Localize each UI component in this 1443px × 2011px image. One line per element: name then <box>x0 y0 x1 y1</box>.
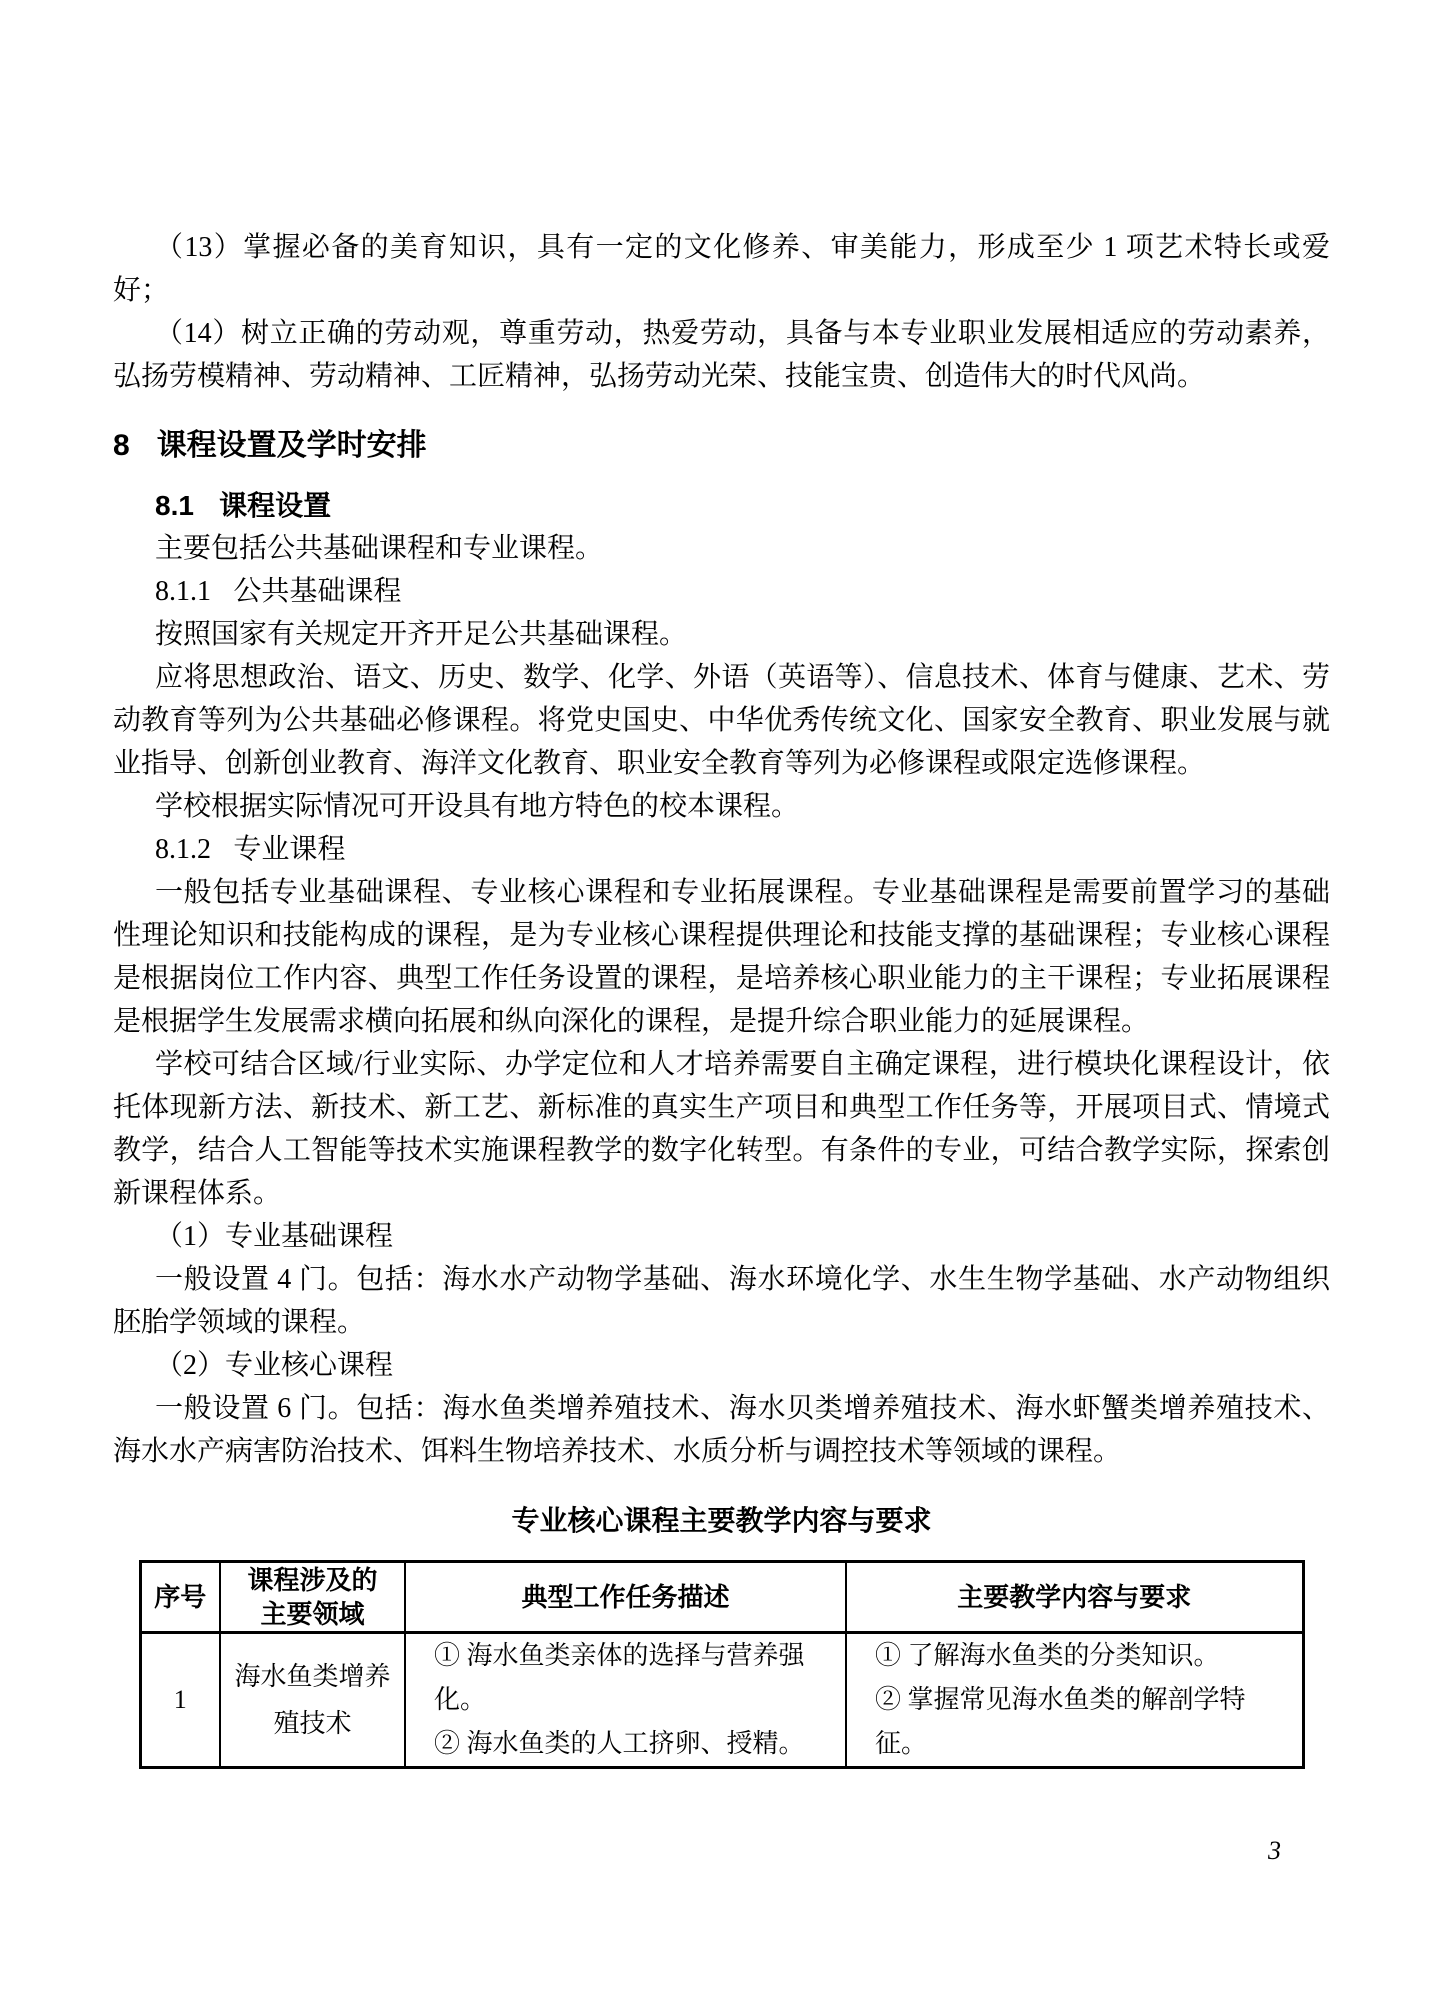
core-table-title: 专业核心课程主要教学内容与要求 <box>113 1499 1330 1542</box>
text-block: （13）掌握必备的美育知识，具有一定的文化修养、审美能力，形成至少 1 项艺术特… <box>113 226 1330 1769</box>
paragraph-8-1-1-rule: 按照国家有关规定开齐开足公共基础课程。 <box>113 613 1330 656</box>
page-number: 3 <box>1268 1836 1281 1866</box>
paragraph-13: （13）掌握必备的美育知识，具有一定的文化修养、审美能力，形成至少 1 项艺术特… <box>113 226 1330 312</box>
section-8-1-1-number: 8.1.1 <box>155 576 211 607</box>
row-index: 1 <box>140 1633 220 1768</box>
section-8-1-2-title: 专业课程 <box>233 834 345 865</box>
core-courses-table: 序号 课程涉及的 主要领域 典型工作任务描述 主要教学内容与要求 1 海水鱼类增… <box>139 1560 1305 1769</box>
requirement-item-1: ① 了解海水鱼类的分类知识。 <box>847 1634 1302 1678</box>
section-8-title: 课程设置及学时安排 <box>157 429 427 462</box>
row-requirements: ① 了解海水鱼类的分类知识。 ② 掌握常见海水鱼类的解剖学特征。 <box>846 1633 1303 1768</box>
paragraph-item2-title: （2）专业核心课程 <box>113 1344 1330 1387</box>
column-header-tasks: 典型工作任务描述 <box>405 1562 846 1633</box>
section-8-1-1-heading: 8.1.1公共基础课程 <box>113 570 1330 613</box>
section-8-1-2-heading: 8.1.2专业课程 <box>113 828 1330 871</box>
document-page: （13）掌握必备的美育知识，具有一定的文化修养、审美能力，形成至少 1 项艺术特… <box>0 0 1443 2011</box>
section-8-1-title: 课程设置 <box>219 490 331 521</box>
section-8-1-2-number: 8.1.2 <box>155 834 211 865</box>
paragraph-item1-title: （1）专业基础课程 <box>113 1215 1330 1258</box>
row-tasks: ① 海水鱼类亲体的选择与营养强化。 ② 海水鱼类的人工挤卵、授精。 <box>405 1633 846 1768</box>
paragraph-8-1-1-local: 学校根据实际情况可开设具有地方特色的校本课程。 <box>113 785 1330 828</box>
section-8-heading: 8课程设置及学时安排 <box>113 424 1330 468</box>
table-header-row: 序号 课程涉及的 主要领域 典型工作任务描述 主要教学内容与要求 <box>140 1562 1303 1633</box>
column-header-index: 序号 <box>140 1562 220 1633</box>
column-header-domain: 课程涉及的 主要领域 <box>220 1562 405 1633</box>
paragraph-item1-body: 一般设置 4 门。包括：海水水产动物学基础、海水环境化学、水生生物学基础、水产动… <box>113 1258 1330 1344</box>
section-8-1-1-title: 公共基础课程 <box>233 576 401 607</box>
requirement-item-2: ② 掌握常见海水鱼类的解剖学特征。 <box>847 1678 1302 1766</box>
section-8-1-number: 8.1 <box>155 490 194 521</box>
task-item-1: ① 海水鱼类亲体的选择与营养强化。 <box>406 1634 845 1722</box>
row-domain: 海水鱼类增养 殖技术 <box>220 1633 405 1768</box>
section-8-1-heading: 8.1课程设置 <box>113 484 1330 527</box>
task-item-2: ② 海水鱼类的人工挤卵、授精。 <box>406 1722 845 1766</box>
paragraph-8-1-1-courses: 应将思想政治、语文、历史、数学、化学、外语（英语等）、信息技术、体育与健康、艺术… <box>113 656 1330 785</box>
section-8-number: 8 <box>113 429 130 462</box>
column-header-requirements: 主要教学内容与要求 <box>846 1562 1303 1633</box>
paragraph-8-1-2-custom: 学校可结合区域/行业实际、办学定位和人才培养需要自主确定课程，进行模块化课程设计… <box>113 1043 1330 1215</box>
paragraph-item2-body: 一般设置 6 门。包括：海水鱼类增养殖技术、海水贝类增养殖技术、海水虾蟹类增养殖… <box>113 1387 1330 1473</box>
paragraph-8-1-intro: 主要包括公共基础课程和专业课程。 <box>113 527 1330 570</box>
table-row: 1 海水鱼类增养 殖技术 ① 海水鱼类亲体的选择与营养强化。 ② 海水鱼类的人工… <box>140 1633 1303 1768</box>
paragraph-8-1-2-overview: 一般包括专业基础课程、专业核心课程和专业拓展课程。专业基础课程是需要前置学习的基… <box>113 871 1330 1043</box>
paragraph-14: （14）树立正确的劳动观，尊重劳动，热爱劳动，具备与本专业职业发展相适应的劳动素… <box>113 312 1330 398</box>
